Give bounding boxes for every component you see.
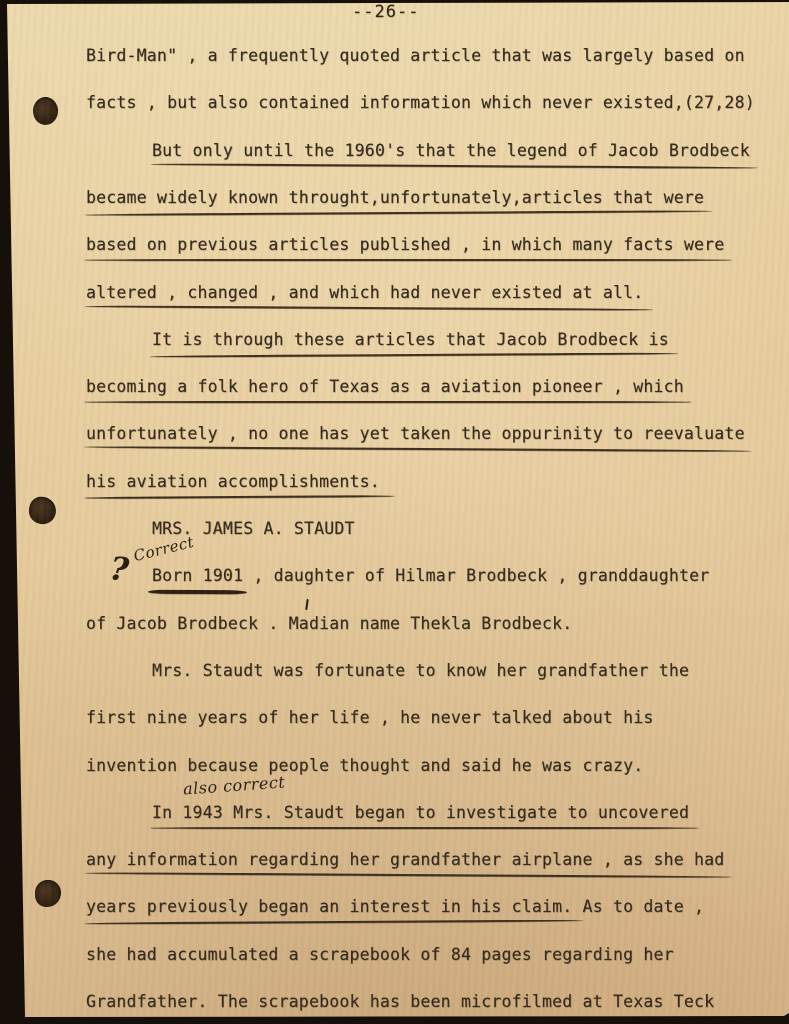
typed-underline <box>150 827 699 829</box>
typed-underline <box>150 163 758 169</box>
page-number: --26-- <box>352 2 419 22</box>
typed-underline <box>84 920 583 925</box>
typed-line: Bird-Man" , a frequently quoted article … <box>86 46 745 66</box>
typed-underline <box>150 352 679 357</box>
handwritten-also-correct-note: also correct <box>182 772 285 798</box>
scanned-page: --26-- Bird-Man" , a frequently quoted a… <box>0 0 789 1024</box>
pen-tick-mark <box>305 599 309 610</box>
typed-underline <box>84 401 692 403</box>
typed-underline <box>84 446 751 452</box>
typed-line: invention because people thought and sai… <box>86 756 643 776</box>
typed-line: becoming a folk hero of Texas as a aviat… <box>86 377 684 397</box>
typed-line: Born 1901 , daughter of Hilmar Brodbeck … <box>152 566 709 586</box>
typed-line: based on previous articles published , i… <box>86 235 724 255</box>
typed-line: any information regarding her grandfathe… <box>86 850 724 870</box>
typed-line: she had accumulated a scrapebook of 84 p… <box>86 945 674 965</box>
typed-underline <box>84 872 732 878</box>
typed-line: became widely known throught,unfortunate… <box>86 188 704 208</box>
typed-line: facts , but also contained information w… <box>86 93 755 113</box>
punch-hole <box>26 494 58 526</box>
typed-line: Mrs. Staudt was fortunate to know her gr… <box>152 661 689 681</box>
handwritten-question-mark: ? <box>108 549 131 589</box>
punch-hole <box>35 880 61 907</box>
typed-line: altered , changed , and which had never … <box>86 283 643 303</box>
typed-line: years previously began an interest in hi… <box>86 897 704 917</box>
typed-line: It is through these articles that Jacob … <box>152 330 669 350</box>
typed-underline <box>84 495 395 499</box>
typed-line: of Jacob Brodbeck . Madian name Thekla B… <box>86 614 572 634</box>
typed-underline <box>84 259 732 261</box>
pen-underline <box>148 590 247 595</box>
typed-line: But only until the 1960's that the legen… <box>152 141 750 161</box>
typed-line: unfortunately , no one has yet taken the… <box>86 424 745 444</box>
typed-line: first nine years of her life , he never … <box>86 708 654 728</box>
typed-underline <box>84 210 712 216</box>
typed-line: In 1943 Mrs. Staudt began to investigate… <box>152 803 689 823</box>
punch-hole <box>33 97 58 125</box>
typed-line: Grandfather. The scrapebook has been mic… <box>86 992 714 1012</box>
typed-underline <box>84 305 653 310</box>
typed-line: his aviation accomplishments. <box>86 472 380 492</box>
